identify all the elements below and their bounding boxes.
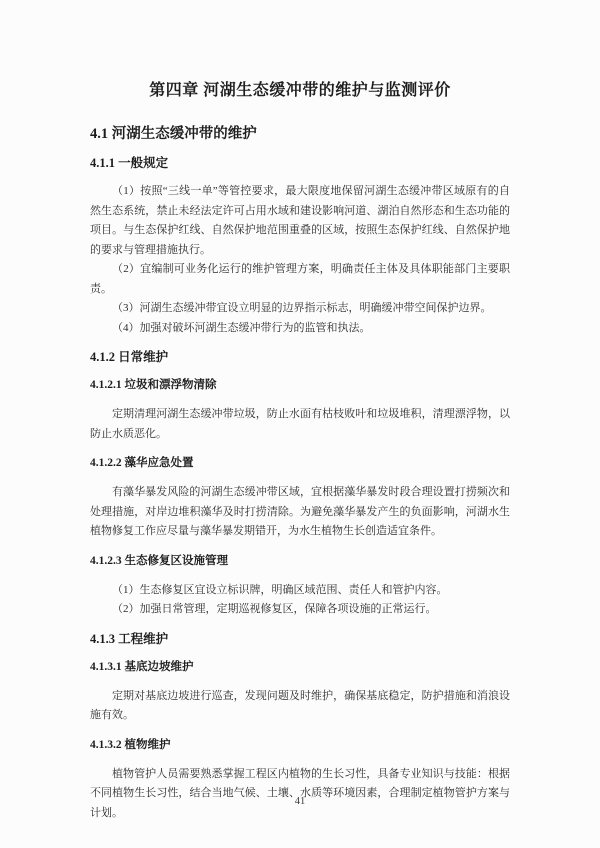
section-4-1-1-item-2: （2）宜编制可业务化运行的维护管理方案，明确责任主体及具体职能部门主要职责。	[90, 260, 510, 299]
section-4-1-3-heading: 4.1.3 工程维护	[90, 630, 510, 648]
section-4-1-1-item-3: （3）河湖生态缓冲带宜设立明显的边界指示标志，明确缓冲带空间保护边界。	[90, 299, 510, 319]
section-4-1-3-1-heading: 4.1.3.1 基底边坡维护	[90, 659, 510, 676]
section-4-1-1-item-1: （1）按照“三线一单”等管控要求，最大限度地保留河湖生态缓冲带区域原有的自然生态…	[90, 182, 510, 260]
section-4-1-2-2-body: 有藻华暴发风险的河湖生态缓冲带区域，宜根据藻华暴发时段合理设置打捞频次和处理措施…	[90, 483, 510, 542]
section-4-1-2-2-heading: 4.1.2.2 藻华应急处置	[90, 455, 510, 472]
section-4-1-2-1-body: 定期清理河湖生态缓冲带垃圾，防止水面有枯枝败叶和垃圾堆积，清理漂浮物，以防止水质…	[90, 405, 510, 444]
section-4-1-1-heading: 4.1.1 一般规定	[90, 154, 510, 172]
section-4-1-2-3-item-1: （1）生态修复区宜设立标识牌，明确区域范围、责任人和管护内容。	[90, 581, 510, 601]
chapter-title: 第四章 河湖生态缓冲带的维护与监测评价	[90, 80, 510, 102]
section-4-1-3-2-body: 植物管护人员需要熟悉掌握工程区内植物的生长习性，具备专业知识与技能：根据不同植物…	[90, 765, 510, 824]
section-4-1-3-1-body: 定期对基底边坡进行巡查，发现问题及时维护，确保基底稳定，防护措施和消浪设施有效。	[90, 687, 510, 726]
section-4-1-1-item-4: （4）加强对破坏河湖生态缓冲带行为的监管和执法。	[90, 319, 510, 339]
page-number: 41	[0, 796, 600, 807]
section-4-1-2-3-heading: 4.1.2.3 生态修复区设施管理	[90, 553, 510, 570]
section-4-1-2-heading: 4.1.2 日常维护	[90, 348, 510, 366]
section-4-1-2-1-heading: 4.1.2.1 垃圾和漂浮物清除	[90, 377, 510, 394]
section-4-1-heading: 4.1 河湖生态缓冲带的维护	[90, 124, 510, 144]
section-4-1-2-3-item-2: （2）加强日常管理，定期巡视修复区，保障各项设施的正常运行。	[90, 600, 510, 620]
document-page: 第四章 河湖生态缓冲带的维护与监测评价 4.1 河湖生态缓冲带的维护 4.1.1…	[0, 0, 600, 848]
section-4-1-3-2-heading: 4.1.3.2 植物维护	[90, 737, 510, 754]
